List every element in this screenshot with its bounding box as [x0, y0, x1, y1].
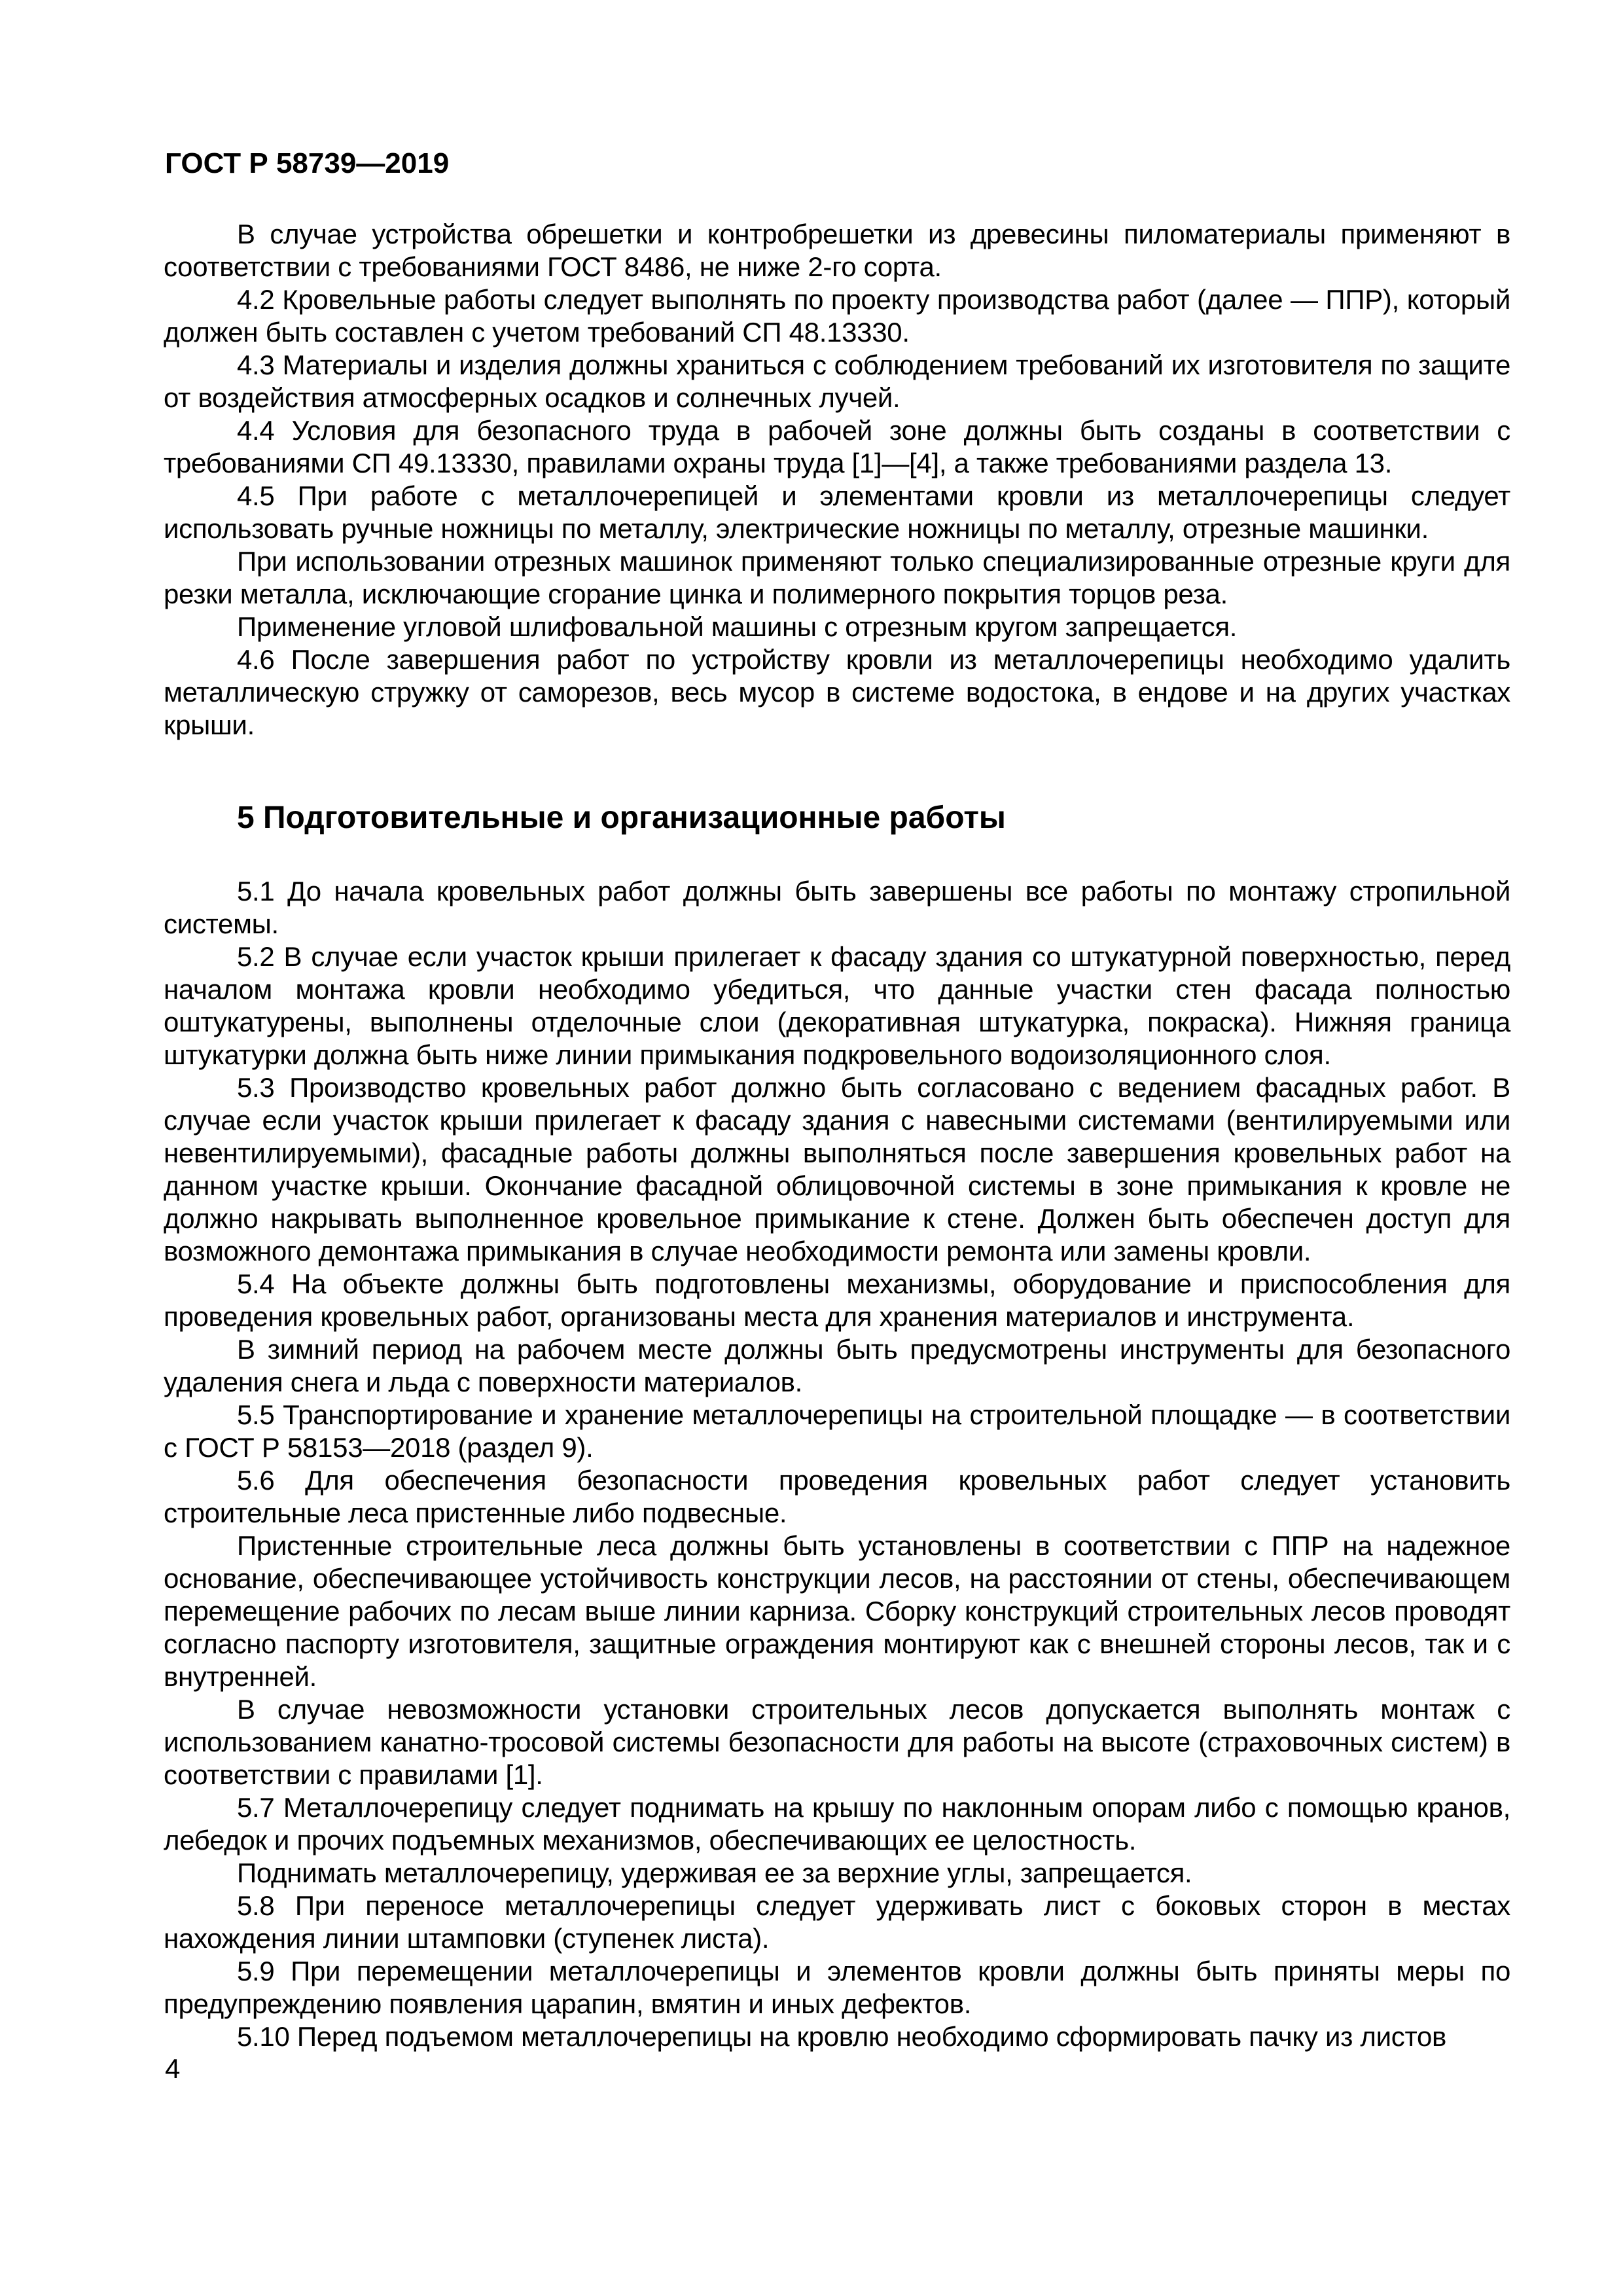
paragraph-lathing: В случае устройства обрешетки и контробр…: [164, 218, 1510, 283]
page-number: 4: [165, 2055, 180, 2083]
paragraph-5-8: 5.8 При переносе металлочерепицы следует…: [164, 1890, 1510, 1955]
paragraph-4-5-grinder: Применение угловой шлифовальной машины с…: [164, 611, 1510, 643]
paragraph-4-2: 4.2 Кровельные работы следует выполнять …: [164, 283, 1510, 349]
paragraph-5-9: 5.9 При перемещении металлочерепицы и эл…: [164, 1955, 1510, 2020]
paragraph-5-4-winter: В зимний период на рабочем месте должны …: [164, 1333, 1510, 1399]
paragraph-4-4: 4.4 Условия для безопасного труда в рабо…: [164, 414, 1510, 480]
paragraph-4-6: 4.6 После завершения работ по устройству…: [164, 643, 1510, 742]
paragraph-5-6-ropes: В случае невозможности установки строите…: [164, 1693, 1510, 1791]
paragraph-5-4: 5.4 На объекте должны быть подготовлены …: [164, 1268, 1510, 1333]
paragraph-5-1: 5.1 До начала кровельных работ должны бы…: [164, 875, 1510, 941]
section-5-heading: 5 Подготовительные и организационные раб…: [164, 799, 1510, 837]
paragraph-5-2: 5.2 В случае если участок крыши прилегае…: [164, 941, 1510, 1071]
document-page: ГОСТ Р 58739—2019 В случае устройства об…: [0, 0, 1623, 2296]
paragraph-5-6: 5.6 Для обеспечения безопасности проведе…: [164, 1464, 1510, 1530]
paragraph-5-6-scaffolds: Пристенные строительные леса должны быть…: [164, 1530, 1510, 1693]
paragraph-5-7: 5.7 Металлочерепицу следует поднимать на…: [164, 1791, 1510, 1857]
paragraph-5-5: 5.5 Транспортирование и хранение металло…: [164, 1399, 1510, 1464]
paragraph-5-3: 5.3 Производство кровельных работ должно…: [164, 1071, 1510, 1268]
paragraph-4-3: 4.3 Материалы и изделия должны храниться…: [164, 349, 1510, 414]
paragraph-4-5: 4.5 При работе с металлочерепицей и элем…: [164, 480, 1510, 545]
paragraph-5-10: 5.10 Перед подъемом металлочерепицы на к…: [164, 2020, 1510, 2053]
paragraph-4-5-cutting: При использовании отрезных машинок приме…: [164, 545, 1510, 611]
page-body: В случае устройства обрешетки и контробр…: [164, 218, 1510, 2053]
standard-designation: ГОСТ Р 58739—2019: [165, 149, 449, 178]
paragraph-5-7-lifting: Поднимать металлочерепицу, удерживая ее …: [164, 1857, 1510, 1890]
